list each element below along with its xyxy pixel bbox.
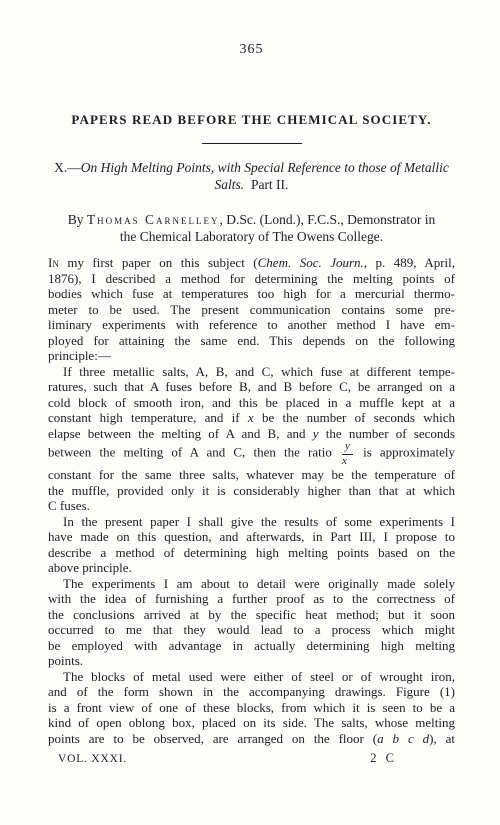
text-line: the muffle, provided only it is consider…: [48, 483, 455, 499]
text-line: ployed for attaining the same end. This …: [48, 333, 455, 349]
text-segment: be employed with advantage in actually d…: [48, 638, 455, 653]
text-segment: Thomas Carnelley: [87, 212, 220, 227]
text-segment: have made on this question, and afterwar…: [48, 529, 455, 544]
text-segment: C fuses.: [48, 498, 90, 513]
text-segment: principle:—: [48, 348, 111, 363]
text-segment: Chem. Soc. Journ.: [258, 255, 364, 270]
text-line: points.: [48, 653, 455, 669]
text-segment: The experiments I am about to detail wer…: [63, 576, 455, 591]
text-line: The blocks of metal used were either of …: [48, 669, 455, 685]
text-segment: is a front view of one of these blocks, …: [48, 700, 455, 715]
text-segment: the conclusions arrived at by the specif…: [48, 607, 455, 622]
text-line: Salts. Part II.: [48, 176, 455, 193]
article-body: In my first paper on this subject (Chem.…: [48, 255, 455, 746]
text-segment: liminary experiments with reference to a…: [48, 317, 455, 332]
text-segment: occurred to me that they would lead to a…: [48, 622, 455, 637]
text-segment: points are to be observed, are arranged …: [48, 731, 377, 746]
text-segment: If three metallic salts, A, B, and C, wh…: [63, 364, 455, 379]
text-line: cold block of smooth iron, and this be p…: [48, 395, 455, 411]
text-segment: is approximately: [355, 445, 455, 460]
text-segment: In: [48, 255, 59, 270]
text-segment: meter to be used. The present communicat…: [48, 302, 455, 317]
text-segment: cold block of smooth iron, and this be p…: [48, 395, 455, 410]
text-segment: constant for the same three salts, whate…: [48, 467, 455, 482]
text-line: constant high temperature, and if x be t…: [48, 410, 455, 426]
ratio-fraction: yx: [342, 441, 353, 467]
volume-label: VOL. XXXI.: [58, 753, 127, 765]
text-segment: , p. 489, April,: [364, 255, 455, 270]
text-segment: describe a method of determining high me…: [48, 545, 455, 560]
section-heading: PAPERS READ BEFORE THE CHEMICAL SOCIETY.: [48, 112, 455, 128]
text-segment: between the melting of A and C, then the…: [48, 445, 340, 460]
text-line: describe a method of determining high me…: [48, 545, 455, 561]
text-line: bodies which fuse at temperatures too hi…: [48, 286, 455, 302]
text-line: If three metallic salts, A, B, and C, wh…: [48, 364, 455, 380]
text-segment: ployed for attaining the same end. This …: [48, 333, 455, 348]
text-segment: points.: [48, 653, 83, 668]
text-segment: Salts.: [215, 177, 245, 192]
text-line: is a front view of one of these blocks, …: [48, 700, 455, 716]
text-line: The experiments I am about to detail wer…: [48, 576, 455, 592]
text-segment: constant high temperature, and if: [48, 410, 248, 425]
text-segment: a b c d: [377, 731, 429, 746]
text-segment: X.—: [54, 160, 81, 175]
text-line: the Chemical Laboratory of The Owens Col…: [48, 229, 455, 246]
signature-mark: 2 C: [370, 751, 397, 766]
text-line: ratures, such that A fuses before B, and…: [48, 379, 455, 395]
text-line: above principle.: [48, 560, 455, 576]
text-segment: By: [68, 212, 87, 227]
text-segment: In the present paper I shall give the re…: [63, 514, 455, 529]
text-line: have made on this question, and afterwar…: [48, 529, 455, 545]
text-line: In my first paper on this subject (Chem.…: [48, 255, 455, 271]
text-line: constant for the same three salts, whate…: [48, 467, 455, 483]
text-segment: ), at: [429, 731, 455, 746]
text-line: between the melting of A and C, then the…: [48, 441, 455, 467]
text-segment: On High Melting Points, with Special Ref…: [81, 160, 449, 175]
text-line: C fuses.: [48, 498, 455, 514]
text-segment: Part II.: [244, 177, 288, 192]
text-segment: kind of open oblong box, placed on its s…: [48, 715, 455, 730]
text-line: principle:—: [48, 348, 455, 364]
paragraph: The experiments I am about to detail wer…: [48, 576, 455, 669]
text-segment: ratures, such that A fuses before B, and…: [48, 379, 455, 394]
text-line: points are to be observed, are arranged …: [48, 731, 455, 747]
text-line: occurred to me that they would lead to a…: [48, 622, 455, 638]
article-byline: By Thomas Carnelley, D.Sc. (Lond.), F.C.…: [48, 212, 455, 245]
article-title: X.—On High Melting Points, with Special …: [48, 159, 455, 193]
text-line: with the idea of furnishing a further pr…: [48, 591, 455, 607]
text-line: By Thomas Carnelley, D.Sc. (Lond.), F.C.…: [48, 212, 455, 229]
text-segment: with the idea of furnishing a further pr…: [48, 591, 455, 606]
text-segment: 1876), I described a method for determin…: [48, 271, 455, 286]
text-segment: bodies which fuse at temperatures too hi…: [48, 286, 455, 301]
text-line: and of the form shown in the accompanyin…: [48, 684, 455, 700]
text-segment: the Chemical Laboratory of The Owens Col…: [120, 229, 383, 244]
paragraph: If three metallic salts, A, B, and C, wh…: [48, 364, 455, 514]
text-line: In the present paper I shall give the re…: [48, 514, 455, 530]
journal-page: 365 PAPERS READ BEFORE THE CHEMICAL SOCI…: [0, 0, 500, 825]
page-footer: VOL. XXXI. 2 C: [48, 751, 455, 766]
text-line: the conclusions arrived at by the specif…: [48, 607, 455, 623]
text-line: elapse between the melting of A and B, a…: [48, 426, 455, 442]
paragraph: In the present paper I shall give the re…: [48, 514, 455, 576]
text-line: kind of open oblong box, placed on its s…: [48, 715, 455, 731]
text-segment: the muffle, provided only it is consider…: [48, 483, 455, 498]
text-segment: the number of seconds: [318, 426, 455, 441]
text-segment: and of the form shown in the accompanyin…: [48, 684, 455, 699]
text-segment: elapse between the melting of A and B, a…: [48, 426, 313, 441]
text-line: 1876), I described a method for determin…: [48, 271, 455, 287]
text-line: meter to be used. The present communicat…: [48, 302, 455, 318]
page-number: 365: [48, 42, 455, 58]
text-segment: be the number of seconds which: [254, 410, 455, 425]
paragraph: The blocks of metal used were either of …: [48, 669, 455, 747]
text-segment: The blocks of metal used were either of …: [63, 669, 455, 684]
heading-divider: [202, 143, 302, 144]
text-segment: my first paper on this subject (: [59, 255, 258, 270]
text-segment: , D.Sc. (Lond.), F.C.S., Demonstrator in: [220, 212, 436, 227]
text-line: X.—On High Melting Points, with Special …: [48, 159, 455, 176]
text-segment: above principle.: [48, 560, 132, 575]
text-line: be employed with advantage in actually d…: [48, 638, 455, 654]
text-line: liminary experiments with reference to a…: [48, 317, 455, 333]
paragraph: In my first paper on this subject (Chem.…: [48, 255, 455, 364]
